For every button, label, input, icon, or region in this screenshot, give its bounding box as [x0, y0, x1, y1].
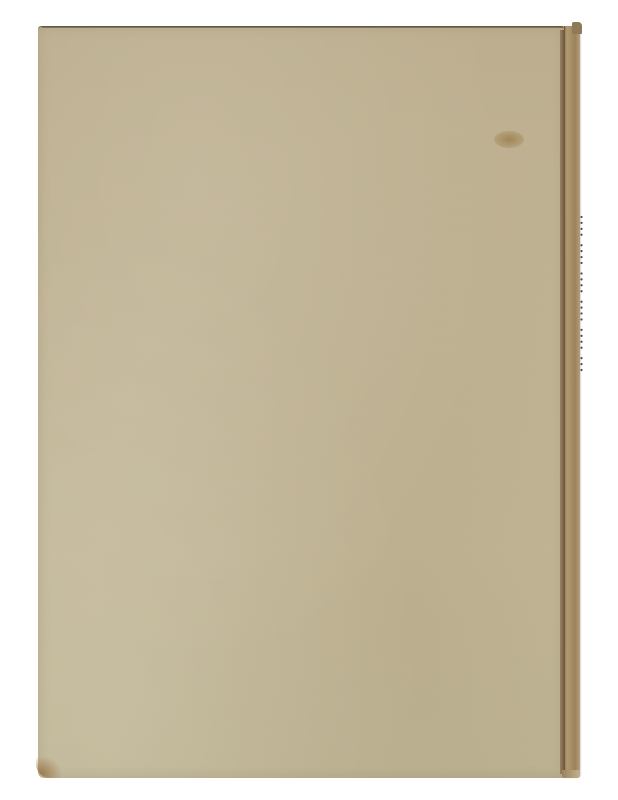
- back-cover: [38, 26, 564, 778]
- spine-title-illegible: ∙∙∙∙ ∙∙∙∙ ∙∙∙∙ ∙∙∙∙ ∙∙∙∙ ∙∙∙: [574, 215, 586, 555]
- spine-top-fray: [572, 22, 582, 34]
- book-photo: ∙∙∙∙ ∙∙∙∙ ∙∙∙∙ ∙∙∙∙ ∙∙∙∙ ∙∙∙: [0, 0, 618, 800]
- spine-bottom-fray: [562, 770, 580, 778]
- cover-stain: [494, 131, 524, 148]
